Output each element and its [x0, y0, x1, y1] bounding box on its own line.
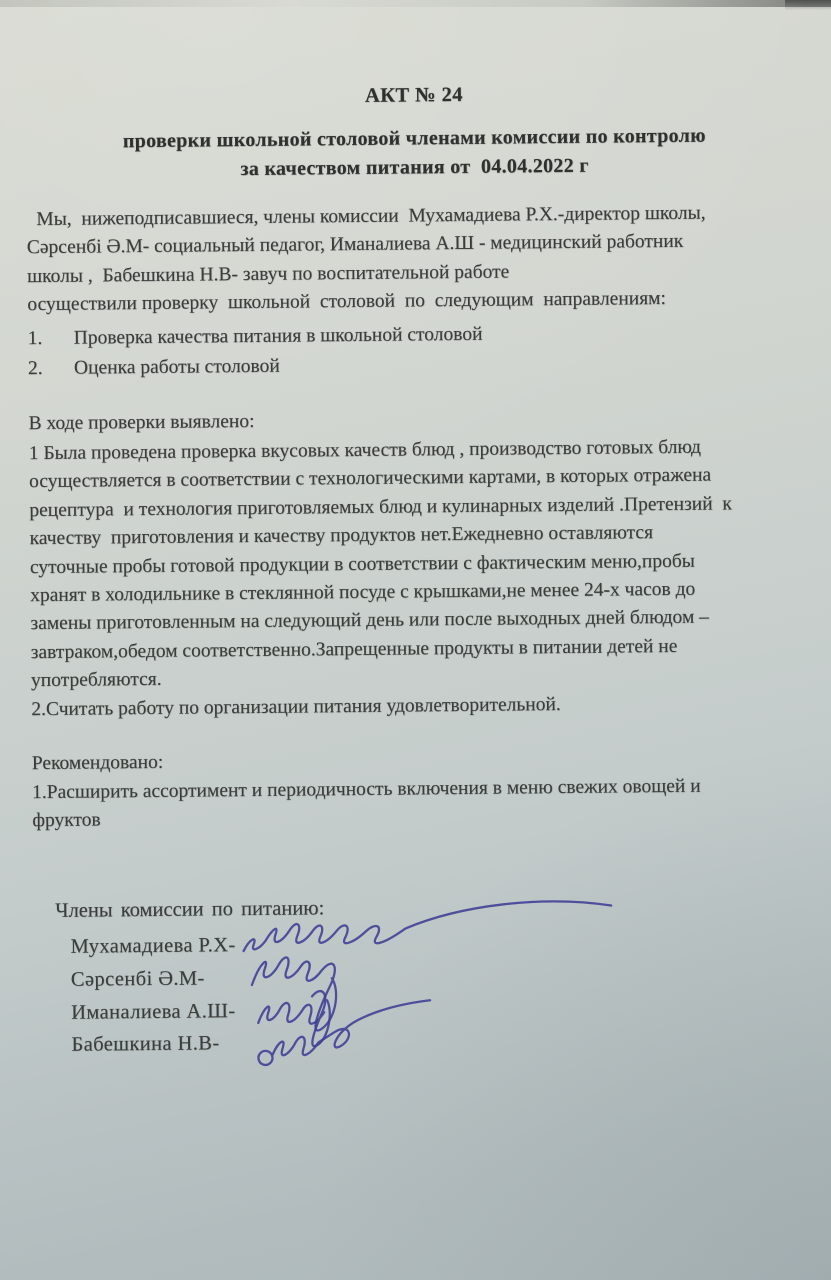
signature-name: Бабешкина Н.В- — [71, 1022, 811, 1062]
list-item-number: 1. — [28, 323, 74, 353]
page-title: АКТ № 24 — [25, 79, 802, 112]
list-item-text: Оценка работы столовой — [74, 351, 280, 383]
document-photo: АКТ № 24 проверки школьной столовой член… — [0, 0, 831, 1280]
signatures-heading: Члены комиссии по питанию: — [55, 888, 810, 927]
list-item: 2. Оценка работы столовой — [28, 346, 805, 383]
findings-heading: В ходе проверки выявлено: — [28, 402, 805, 438]
recommendation-paragraph: 1.Расширить ассортимент и периодичность … — [32, 771, 810, 835]
document-subtitle: проверки школьной столовой членами комис… — [26, 121, 804, 186]
signatures-section: Члены комиссии по питанию: Мухамадиева Р… — [33, 888, 812, 1062]
signatures-names: Мухамадиева Р.Х- Сәрсенбі Ә.М- Иманалиев… — [70, 924, 811, 1061]
directions-list: 1. Проверка качества питания в школьной … — [28, 316, 806, 383]
document-content: АКТ № 24 проверки школьной столовой член… — [0, 0, 831, 1280]
list-item-number: 2. — [28, 353, 74, 383]
findings-paragraph: 1 Была проведена проверка вкусовых качес… — [29, 433, 808, 696]
intro-paragraph: Мы, нижеподписавшиеся, члены комиссии Му… — [26, 199, 804, 320]
intro-line: осуществили проверку школьной столовой п… — [27, 284, 804, 320]
list-item-text: Проверка качества питания в школьной сто… — [74, 319, 483, 353]
